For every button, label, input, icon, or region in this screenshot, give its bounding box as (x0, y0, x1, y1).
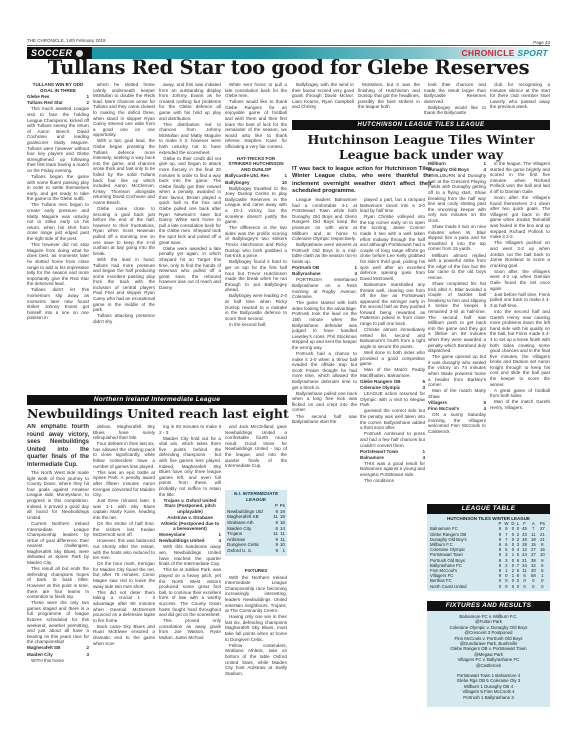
ni-section-bar: Northern Ireland Intermediate League (27, 395, 287, 405)
score-line: Glebe Res1 (27, 94, 89, 100)
paragraph: Man of the match Marty Shaw. (428, 388, 486, 399)
paragraph: away, and this was initiated from an out… (159, 82, 221, 121)
paragraph: This however did not stop Maguire from d… (27, 242, 89, 287)
tullans-column-4: White sent home to pull a late consolati… (225, 82, 287, 392)
paragraph: This much awaited League visit to face t… (27, 106, 89, 173)
paragraph: This distribution led to chances from Jo… (159, 122, 221, 156)
paragraph: Ballyrashane were winners at Portrush Ol… (292, 242, 357, 264)
paragraph: This proved only consolation as away goa… (159, 618, 221, 640)
paragraph: Just three minutes later, it was 1-1 wit… (93, 498, 155, 520)
ni-column-2: defeat, Magherafelt Sky Blues have surel… (93, 424, 155, 714)
paragraph: Four defeats in their last six, has allo… (93, 441, 155, 469)
ni-column-4: and Jack McClelland, gave Newbuildings U… (225, 424, 287, 488)
postponed-fixture: Ardstraw v. Strabane Athletic (Postponed… (159, 515, 221, 532)
paragraph: Shaw made it two on nine minutes when W.… (428, 224, 486, 252)
paragraph: Tullans attacking presence didn't shy (93, 313, 155, 324)
score-line: Maiden City3 (27, 652, 89, 658)
paragraph: defeat, Magherafelt Sky Blues have surel… (93, 424, 155, 441)
paragraph: played a part, but a rampant Balnamore r… (360, 197, 425, 214)
postponed-fixture: Trojans v. Oxford United Stars (Postpone… (159, 498, 221, 515)
table-row: Oxford U. S.91 (227, 548, 285, 554)
tullans-subhead: TULLANS WIN BY ODD GOAL IN THREE (27, 82, 89, 93)
score-line: Magherafelt SB2 (27, 645, 89, 651)
paragraph: Glebe to their credit did not give up, a… (159, 156, 221, 246)
paragraph: Ballybogey found it hard to get on top f… (225, 259, 287, 293)
paragraph: Fellow contenders, Strabane Athletic, ta… (225, 643, 287, 677)
paragraph: PORTRUSH entertained Ballyrashane on a f… (292, 277, 357, 299)
score-line: Ballyrashane3 (292, 271, 357, 277)
paragraph: Tullans didn't let this momentum slip aw… (27, 287, 89, 321)
paragraph: Ballyrashane pulled one back when a long… (292, 391, 357, 413)
fixtures-results-bar: FIXTURES AND RESULTS (427, 601, 550, 611)
ni-fixtures-column: FIXTURES With the Northern Ireland Inter… (225, 568, 287, 714)
result-line: Portrush 1 Ballyrashane 3 (429, 695, 548, 700)
paragraph: Having only one win in their last six, d… (225, 614, 287, 642)
ni-table-title: N.I. INTERMEDIATE LEAGUE (227, 492, 285, 503)
league-table: HUTCHINSON TILES WINTER LEAGUE PWD LFAPs… (427, 514, 550, 591)
ni-lead: AN emphatic fourth round away victory, s… (27, 424, 89, 470)
tullans-column-1: TULLANS WIN BY ODD GOAL IN THREE Glebe R… (27, 82, 89, 392)
paragraph: White sent home to pull a late consolati… (225, 82, 287, 99)
score-line: Moneyslane1 (159, 532, 221, 538)
paragraph: which he slotted home calmly underneath … (93, 82, 155, 138)
paragraph: League leaders Balnamore had a comfortab… (292, 197, 357, 242)
paragraph: However, this was balanced out shortly a… (93, 538, 155, 560)
tullans-column-3: away, and this was initiated from an out… (159, 82, 221, 392)
tullans-column-2: which he slotted home calmly underneath … (93, 82, 155, 392)
masthead-rule (27, 45, 550, 46)
paragraph: Tullans began the game with some fluent … (27, 174, 89, 202)
paragraph: This was an epic battle at Spires Park. … (93, 470, 155, 498)
ballybogey-column-6: McMahon, but it was the finishing of Hut… (358, 82, 420, 118)
score-line: Finn McCool's4 (428, 406, 486, 412)
paragraph: Into the second half and Gareth Henry wa… (490, 309, 550, 387)
paragraph: McMahon, but it was the finishing of Hut… (358, 82, 420, 110)
ballybogey-column-8: club for recognising a minutes silence a… (490, 82, 550, 118)
score-line: Portstewart Town1 (360, 449, 425, 455)
paragraph: Current Northern Ireland Intermediate Le… (27, 521, 89, 566)
paragraph: Glebe came close to securing a goal back… (93, 206, 155, 256)
paragraph: This tie at Jubilee Park, was played on … (159, 567, 221, 617)
league-table-bar: LEAGUE TABLE (427, 504, 550, 514)
paragraph: Ballybogey were leading 2-0 at half time… (225, 293, 287, 321)
hutchinson-column-4: in the league. The Villagers started the… (490, 161, 550, 501)
paragraph: These were the only two games staged and… (27, 600, 89, 645)
table-row: North Coast United0000000 (430, 584, 547, 589)
paragraph: club for recognising a minutes silence a… (490, 82, 550, 110)
paragraph: Ballybogey travelled to the Joey Dunlop … (225, 186, 287, 225)
paragraph: Glebe were awarded a late penalty yet ag… (159, 246, 221, 291)
ni-headline: Newbuildings United reach last eight (27, 406, 287, 422)
paragraph: This result all but ends the defending c… (27, 566, 89, 600)
paragraph: On the stroke of half time, the visitors… (93, 521, 155, 538)
paragraph: Ballybogey with the wind in their favour… (292, 82, 354, 110)
paragraph: WITH this home (27, 658, 89, 664)
paragraph: The Villagers pushed on and went 3-2 up … (490, 240, 550, 268)
paragraph: With the lead in hand, Tullans had more … (93, 257, 155, 313)
score-line: Portrush OB1 (292, 265, 357, 271)
paragraph: Man of the Match: Paddy MacIllhatten, Ba… (360, 367, 425, 378)
masthead: THE CHRONICLE, 14th February 2019 Page 4… (27, 37, 550, 47)
score-line: Dunaghy Old Boys4 (428, 167, 486, 173)
ni-column-1: AN emphatic fourth round away victory, s… (27, 424, 89, 714)
league-table-title: HUTCHINSON TILES WINTER LEAGUE (430, 516, 547, 521)
paragraph: Christie almost immediately netted his s… (360, 327, 425, 349)
paragraph: The game started with both sides looking… (292, 300, 357, 350)
paragraph: Just before half time, Finns pulled one … (490, 292, 550, 309)
paragraph: The game opened up but it was dunaghy wh… (428, 354, 486, 388)
paragraph: ing in 83 minutes to make it 2 - 3. (159, 424, 221, 435)
paragraph: Balnamore marshalled any threats well, c… (360, 282, 425, 327)
paragraph: MILLBURN and Dunaghy met at the Crescent… (428, 173, 486, 223)
paragraph: Tullans would like to thank Glebe Ranger… (225, 99, 287, 149)
main-headline: Tullans Red Star too good for Glebe Rese… (27, 56, 550, 80)
paragraph: Soon after the Villagers found themselve… (490, 195, 550, 240)
hutchinson-headline: Hutchinson League Tiles Winter League ba… (292, 132, 550, 162)
paragraph: took their chances and made the result l… (424, 82, 486, 104)
paragraph: LEAGUE action resumed for Olympic with a… (360, 391, 425, 408)
score-line: Newbuildings United4 (159, 538, 221, 544)
paragraph: On the hour mark, Kerrigan for Maiden Ci… (93, 561, 155, 589)
paragraph: With a two goal lead, the Globe began pr… (93, 138, 155, 205)
paragraph: in the league. The Villagers started the… (490, 161, 550, 195)
hattrick-subhead: HAT-TRICKS FOR STRIKERS HUTCHINSON AND D… (225, 156, 287, 173)
paragraph: Back came Sky Blues and Ruari McElwee en… (93, 624, 155, 646)
ni-league-table: N.I. INTERMEDIATE LEAGUE PPs Newbuilding… (225, 490, 287, 556)
hutchinson-column-2: played a part, but a rampant Balnamore r… (360, 197, 425, 712)
score-line: Coleraine Olympic3 (360, 385, 425, 391)
paragraph: Well done to both sides who provided a g… (360, 350, 425, 367)
hutchinson-section-bar: HUTCHINSON LEAGUE TILES LEAGUE (292, 120, 550, 130)
paragraph: The North West side made light work of t… (27, 470, 89, 520)
paragraph: This did not deter them taking a crucial… (93, 590, 155, 624)
paragraph: Soon after, the Villagers went 4-2 up wh… (490, 269, 550, 291)
fixtures-results-box: Balnamore FC v. Millburn F.C. @Fulton Pa… (427, 611, 550, 707)
score-line: Ballycastle Utd. Res1 (225, 173, 287, 179)
paragraph: and Jack McClelland, gave Newbuildings U… (225, 424, 287, 469)
paragraph: Shaw completed his hat trick after A. Bl… (428, 281, 486, 354)
hutchinson-column-1: League leaders Balnamore had a comfortab… (292, 197, 357, 712)
score-line: Millburn1 (428, 161, 486, 167)
ni-column-3: ing in 83 minutes to make it 2 - 3. Maid… (159, 424, 221, 714)
paragraph: With the Northern Ireland Intermediate L… (225, 575, 287, 614)
paragraph: Man of the match Gareth Henry, Villagers… (490, 399, 550, 410)
paragraph: In the second half, (225, 322, 287, 328)
paragraph: The difference in the two sides was the … (225, 225, 287, 259)
paragraph: THIS was a good result for Balnamore aga… (360, 461, 425, 478)
ballybogey-column-7: took their chances and made the result l… (424, 82, 486, 118)
paragraph: With this handsome away win, Newbuilding… (159, 544, 221, 566)
ni-fixtures-heading: FIXTURES (225, 568, 287, 574)
score-line: Glebe Rangers OB5 (360, 379, 425, 385)
hutchinson-column-3: Millburn1 Dunaghy Old Boys4 MILLBURN and… (428, 161, 486, 501)
ballybogey-column-5: Ballybogey with the wind in their favour… (292, 82, 354, 118)
standings-table: PWD LFAPs Balnamore FC990045727 Glebe Ra… (430, 521, 547, 589)
paragraph: Ryan Christie volleyed into the top corn… (360, 214, 425, 281)
score-line: Ballybogey10 (225, 180, 287, 186)
paragraph: Millburn almost replied with a powerful … (428, 253, 486, 281)
paragraph: Ballybogey would like to thank the Bally… (424, 105, 486, 116)
paragraph: Portrush had a chance to make it 2-0 whe… (292, 351, 357, 390)
score-line: Balnamore4 (360, 455, 425, 461)
paragraph: Portrush continued to press and had a fe… (360, 431, 425, 448)
paragraph: A great game of football from both sides… (490, 388, 550, 399)
paragraph: The conditions (360, 478, 425, 484)
publication-date: THE CHRONICLE, 14th February 2019 (27, 38, 106, 43)
paragraph: ON a sunny Saturday morning, the Village… (428, 412, 486, 434)
score-line: Villagers5 (428, 400, 486, 406)
score-line: Tullans Red Star2 (27, 100, 89, 106)
hutchinson-intro: IT was back to league action for Hutchin… (292, 166, 432, 195)
paragraph: The Tullans men began to create early pr… (27, 202, 89, 241)
paragraph: guessed the correct side but the penalty… (360, 408, 425, 430)
paragraph: The second half saw Ballyrashane start t… (292, 414, 357, 425)
paragraph: Maiden City hold out for a vital win, wh… (159, 436, 221, 498)
